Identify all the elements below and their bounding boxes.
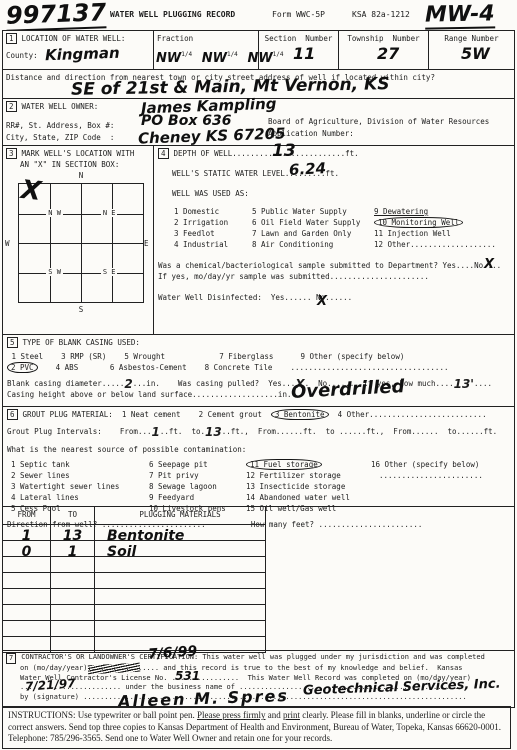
county-value-handwritten: Kingman [45,44,120,65]
disinfected-no-x-mark: X [317,294,327,309]
table-row [3,572,265,588]
form-header: 997137 WATER WELL PLUGGING RECORD Form W… [0,0,517,30]
section4-number: 4 [158,148,169,159]
casing-height-line: Casing height above or below land surfac… [7,389,510,400]
section2-owner-row: 2WATER WELL OWNER: RR#, St. Address, Box… [3,98,514,145]
diameter-value-handwritten: 2 [124,381,132,388]
fraction-label: Fraction [157,33,255,44]
license-number-handwritten: 531 [175,669,200,683]
plugging-table: FROM TO PLUGGING MATERIALS 1 13 Bentonit… [3,507,266,653]
col-materials-header: PLUGGING MATERIALS [95,507,265,524]
fraction-hw-1: NW [156,51,181,66]
option-bentonite-circled: 3 Bentonite [271,409,329,420]
option-dewatering: 9 Dewatering [374,206,496,217]
disinfected-line: Water Well Disinfected: Yes...... No....… [158,292,510,303]
plug-date-handwritten: 7/6/99 [148,643,198,662]
interval-to-handwritten: 13 [205,429,222,436]
table-row [3,556,265,572]
section3-title-2: AN "X" IN SECTION BOX: [6,159,150,170]
location-cell: 1LOCATION OF WATER WELL: County: Kingman [3,31,153,69]
county-label: County: [6,51,38,60]
well-location-x-mark: X [19,175,42,207]
compass-ne: N E [101,209,118,217]
table-row [3,588,265,604]
form-body: 1LOCATION OF WATER WELL: County: Kingman… [2,30,515,708]
contamination-label: What is the nearest source of possible c… [7,444,510,455]
section3-map-cell: 3MARK WELL'S LOCATION WITH AN "X" IN SEC… [3,146,153,334]
owner-title: WATER WELL OWNER: [22,102,99,111]
interval-from-handwritten: 1 [152,429,160,436]
section6-number: 6 [7,409,18,420]
section1-number: 1 [6,33,17,44]
fraction-hw-2: NW [202,51,227,66]
col-from-header: FROM [3,507,51,524]
section-box-grid: N W N E S W S E X [18,183,144,303]
col-to-header: TO [51,507,95,524]
grout-intervals-line: Grout Plug Intervals: From...1..ft. to.1… [7,426,510,437]
section6-grout-row: 6GROUT PLUG MATERIAL: 1 Neat cement 2 Ce… [3,406,514,506]
range-label: Range Number [432,33,511,44]
distance-row: Distance and direction from nearest town… [3,69,514,98]
table-row [3,620,265,636]
section2-number: 2 [6,101,17,112]
scanned-form-page: 997137 WATER WELL PLUGGING RECORD Form W… [0,0,517,750]
option-pvc-circled: 2 PVC [7,362,38,373]
option-other: 12 Other................... [374,239,496,250]
section5-casing-row: 5TYPE OF BLANK CASING USED: 1 Steel 3 RM… [3,334,514,406]
plugging-table-row: FROM TO PLUGGING MATERIALS 1 13 Bentonit… [3,506,514,650]
section5-number: 5 [7,337,18,348]
form-number: Form WWC-5P [272,9,325,20]
depth-line: DEPTH OF WELL.........................ft… [174,149,359,158]
swl-value-handwritten: 6.24 [289,159,327,179]
section5-title: TYPE OF BLANK CASING USED: [23,338,140,347]
compass-s: S [18,304,144,315]
compass-sw: S W [46,268,63,276]
table-row [3,604,265,620]
section7-certification-row: 7CONTRACTOR'S OR LANDOWNER'S CERTIFICATI… [3,650,514,707]
compass-w: W [5,238,10,249]
depth-value-handwritten: 13 [272,141,296,161]
compass-e: E [144,238,149,249]
serial-number-handwritten: 997137 [6,0,107,32]
section7-number: 7 [6,653,16,664]
section4-cell: 4DEPTH OF WELL.........................f… [153,146,514,334]
board-label: Board of Agriculture, Division of Water … [268,116,489,127]
sample-question-line: Was a chemical/bacteriological sample su… [158,260,510,271]
well-used-as-label: WELL WAS USED AS: [172,188,510,199]
option-injection-well: 11 Injection Well [374,228,496,239]
option-fuel-storage-circled: 11 Fuel storage [246,459,322,470]
sample-no-x-mark: X [484,257,494,272]
township-label: Township Number [342,33,425,44]
instructions-box: INSTRUCTIONS: Use typewriter or ball poi… [2,706,511,749]
section3-number: 3 [6,148,17,159]
statute-ref: KSA 82a-1212 [352,9,410,20]
static-water-level-line: WELL'S STATIC WATER LEVEL.........ft. [172,168,510,179]
section-number-cell: Section Number 11 [258,31,338,69]
range-value: 5W [461,44,490,63]
section3-4-row: 3MARK WELL'S LOCATION WITH AN "X" IN SEC… [3,145,514,334]
section3-title-1: MARK WELL'S LOCATION WITH [22,149,135,158]
well-used-options: 1 Domestic 2 Irrigation 3 Feedlot 4 Indu… [174,206,510,250]
casing-diameter-line: Blank casing diameter.....2...in. Was ca… [7,378,510,389]
fraction-cell: Fraction NW1/4 NW1/4 NW1/4 [153,31,258,69]
township-cell: Township Number 27 [338,31,428,69]
section-number-label: Section Number [262,33,335,44]
range-cell: Range Number 5W [428,31,514,69]
compass-nw: N W [46,209,63,217]
township-value: 27 [377,44,399,63]
option-monitoring-well-circled: 10 Monitoring Well [374,217,463,228]
section1-title: LOCATION OF WATER WELL: [22,34,126,43]
casing-options-row1: 1 Steel 3 RMP (SR) 5 Wrought 7 Fiberglas… [7,351,510,362]
sample-date-line: If yes, mo/day/yr sample was submitted..… [158,271,510,282]
section1-location-row: 1LOCATION OF WATER WELL: County: Kingman… [3,31,514,69]
well-id-handwritten: MW-4 [425,1,495,29]
compass-se: S E [101,268,118,276]
howmuch-value-handwritten: 13' [454,381,474,388]
table-row: 0 1 Soil [3,540,265,556]
form-title: WATER WELL PLUGGING RECORD [110,9,235,20]
section-number-value: 11 [293,44,315,63]
table-row: 1 13 Bentonite [3,524,265,540]
section6-title: GROUT PLUG MATERIAL: [23,410,113,419]
